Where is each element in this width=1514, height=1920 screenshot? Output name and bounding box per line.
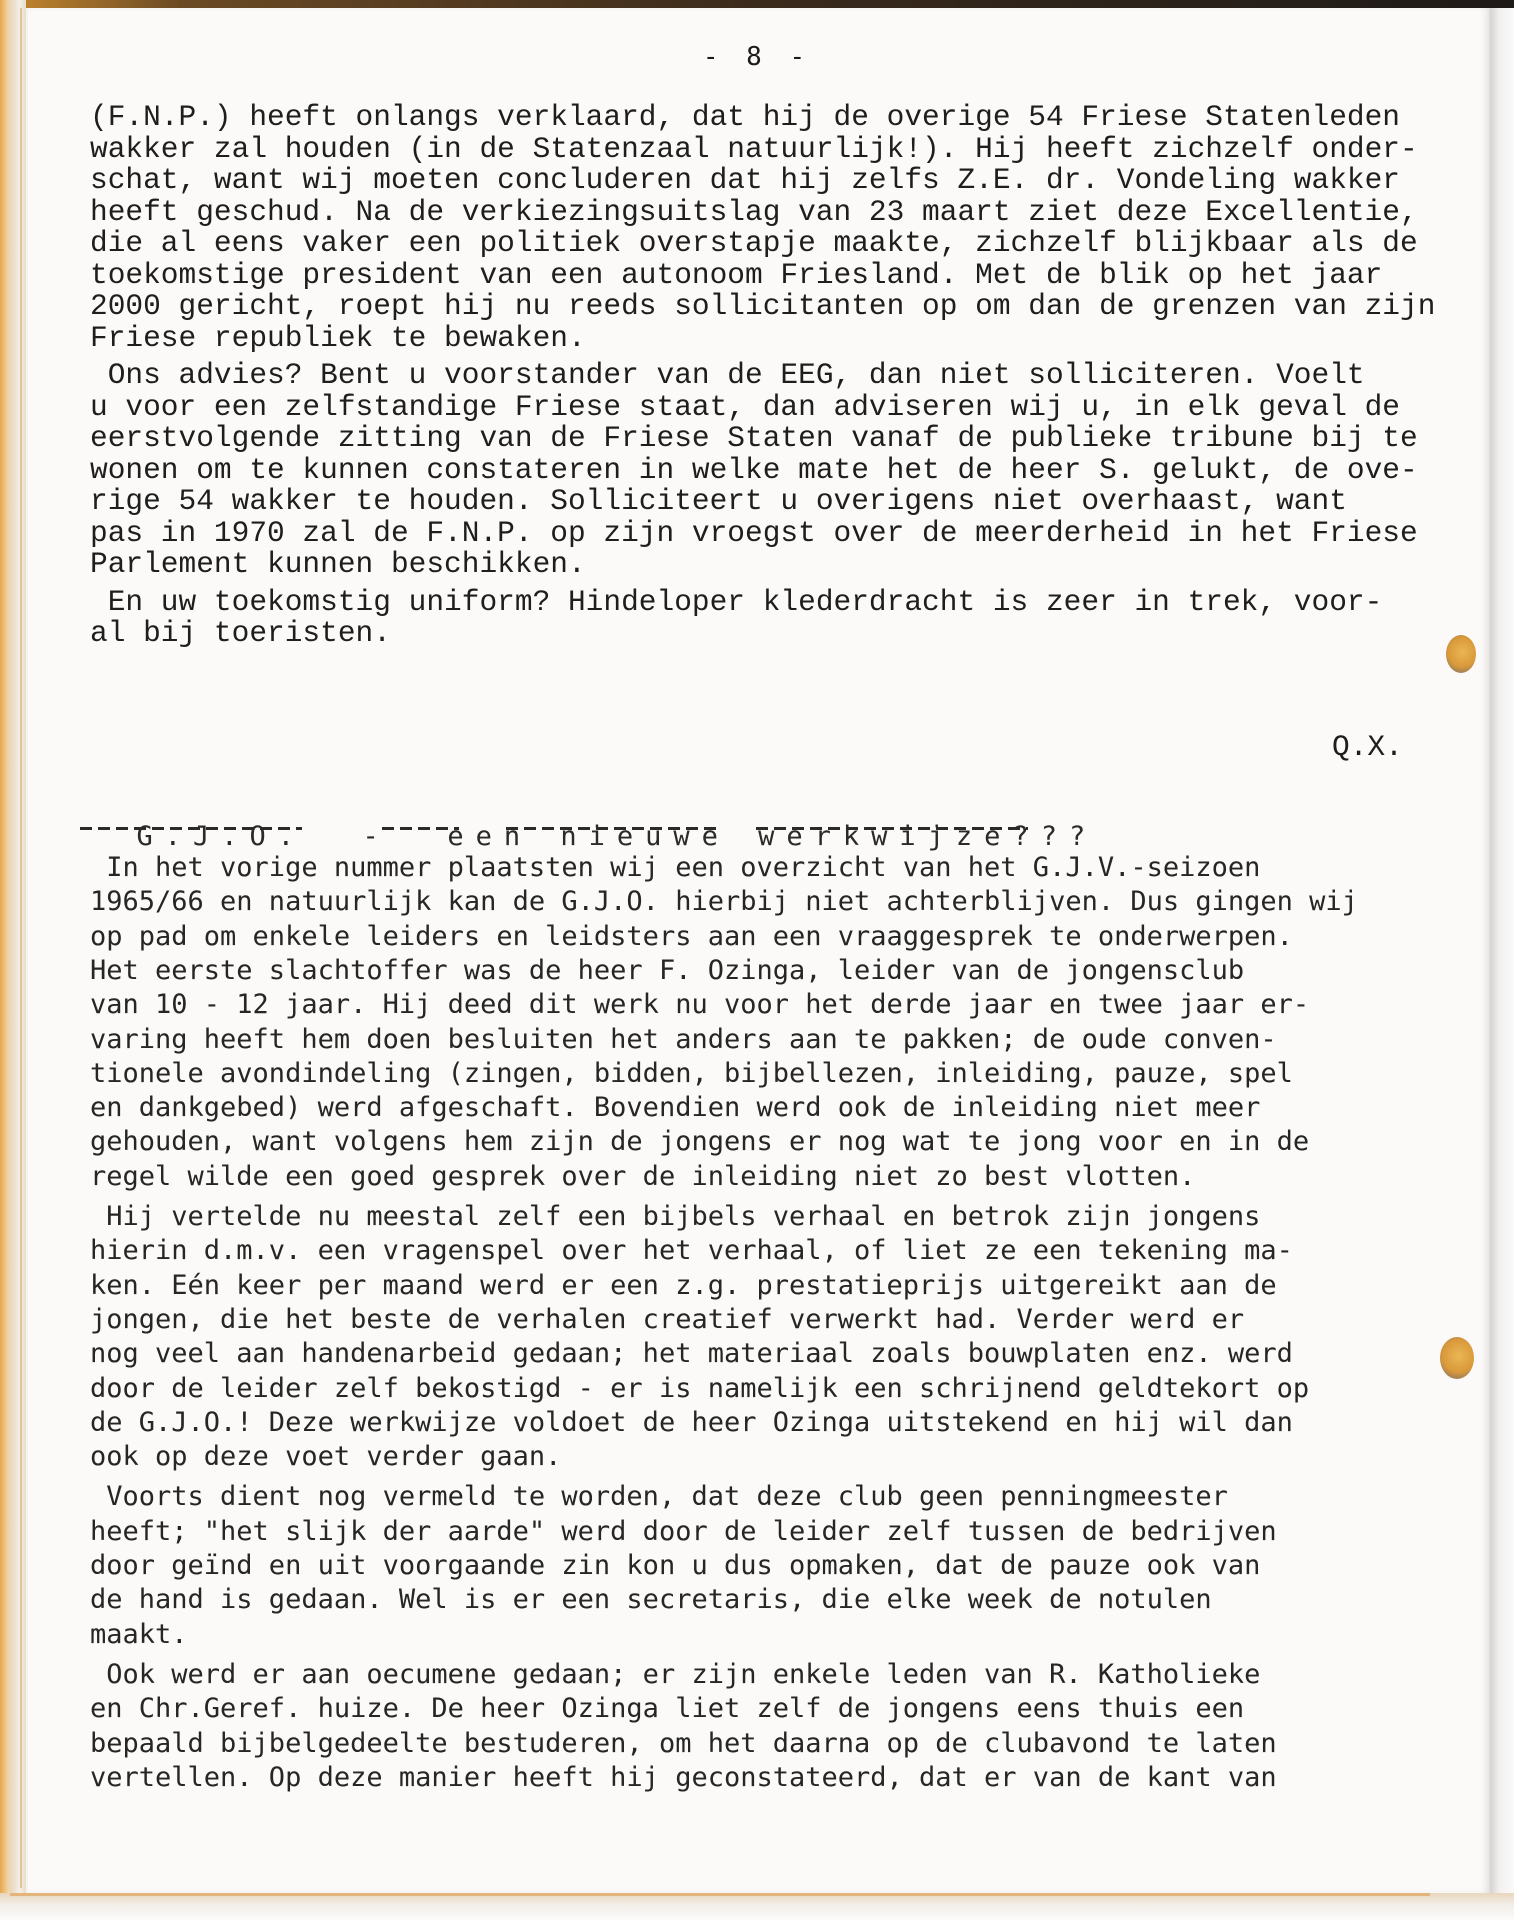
text-line: de G.J.O.! Deze werkwijze voldoet de hee… xyxy=(90,1407,1293,1438)
text-line: Voorts dient nog vermeld te worden, dat … xyxy=(90,1481,1228,1512)
text-line: 1965/66 en natuurlijk kan de G.J.O. hier… xyxy=(90,886,1358,917)
text-line: varing heeft hem doen besluiten het ande… xyxy=(90,1024,1277,1055)
text-line: ook op deze voet verder gaan. xyxy=(90,1441,561,1472)
text-line: Hij vertelde nu meestal zelf een bijbels… xyxy=(90,1201,1260,1232)
article-title: G.J.O. - een nieuwe werkwijze??? xyxy=(80,790,1097,852)
text-line: Friese republiek te bewaken. xyxy=(90,321,586,355)
text-line: u voor een zelfstandige Friese staat, da… xyxy=(90,390,1400,424)
text-line: die al eens vaker een politiek overstapj… xyxy=(90,226,1418,260)
text-line: en Chr.Geref. huize. De heer Ozinga liet… xyxy=(90,1693,1244,1724)
text-line: rige 54 wakker te houden. Solliciteert u… xyxy=(90,484,1347,518)
page-stack-line xyxy=(20,8,22,1888)
text-line: door geïnd en uit voorgaande zin kon u d… xyxy=(90,1550,1260,1581)
text-line: vertellen. Op deze manier heeft hij geco… xyxy=(90,1762,1277,1793)
text-line: In het vorige nummer plaatsten wij een o… xyxy=(90,852,1260,883)
text-line: nog veel aan handenarbeid gedaan; het ma… xyxy=(90,1338,1293,1369)
scan-left-edge xyxy=(0,0,26,1920)
text-line: En uw toekomstig uniform? Hindeloper kle… xyxy=(90,585,1382,619)
title-underline xyxy=(506,827,718,830)
text-line: tionele avondindeling (zingen, bidden, b… xyxy=(90,1058,1293,1089)
scan-right-edge xyxy=(1490,8,1514,1913)
text-line: de hand is gedaan. Wel is er een secreta… xyxy=(90,1584,1212,1615)
text-line: regel wilde een goed gesprek over de inl… xyxy=(90,1161,1195,1192)
text-line: (F.N.P.) heeft onlangs verklaard, dat hi… xyxy=(90,100,1400,134)
article-signature: Q.X. xyxy=(1332,730,1403,764)
text-line: bepaald bijbelgedeelte bestuderen, om he… xyxy=(90,1728,1277,1759)
text-line: Parlement kunnen beschikken. xyxy=(90,547,586,581)
staple-hole-icon xyxy=(1446,635,1476,673)
title-underline xyxy=(80,827,302,830)
text-line: gehouden, want volgens hem zijn de jonge… xyxy=(90,1126,1309,1157)
text-line: door de leider zelf bekostigd - er is na… xyxy=(90,1373,1309,1404)
text-line: maakt. xyxy=(90,1619,188,1650)
text-line: toekomstige president van een autonoom F… xyxy=(90,258,1382,292)
title-underline xyxy=(382,827,459,830)
text-line: jongen, die het beste de verhalen creati… xyxy=(90,1304,1244,1335)
text-line: pas in 1970 zal de F.N.P. op zijn vroegs… xyxy=(90,516,1418,550)
title-underline xyxy=(756,827,1028,830)
text-line: van 10 - 12 jaar. Hij deed dit werk nu v… xyxy=(90,989,1309,1020)
text-line: heeft geschud. Na de verkiezingsuitslag … xyxy=(90,195,1418,229)
text-line: hierin d.m.v. een vragenspel over het ve… xyxy=(90,1235,1293,1266)
scan-top-edge xyxy=(0,0,1514,8)
article-title-text: G.J.O. - een nieuwe werkwijze??? xyxy=(137,821,1098,852)
text-line: Ook werd er aan oecumene gedaan; er zijn… xyxy=(90,1659,1260,1690)
text-line: eerstvolgende zitting van de Friese Stat… xyxy=(90,421,1418,455)
page-stack-bottom-line xyxy=(10,1893,1430,1896)
text-line: Het eerste slachtoffer was de heer F. Oz… xyxy=(90,955,1244,986)
staple-hole-icon xyxy=(1440,1337,1474,1379)
text-line: wonen om te kunnen constateren in welke … xyxy=(90,453,1418,487)
text-line: Ons advies? Bent u voorstander van de EE… xyxy=(90,358,1365,392)
scan-bottom-edge xyxy=(0,1893,1514,1920)
text-line: 2000 gericht, roept hij nu reeds sollici… xyxy=(90,289,1435,323)
text-line: heeft; "het slijk der aarde" werd door d… xyxy=(90,1516,1277,1547)
text-line: schat, want wij moeten concluderen dat h… xyxy=(90,163,1400,197)
text-line: en dankgebed) werd afgeschaft. Bovendien… xyxy=(90,1092,1260,1123)
text-line: ken. Eén keer per maand werd er een z.g.… xyxy=(90,1270,1277,1301)
text-line: wakker zal houden (in de Statenzaal natu… xyxy=(90,132,1418,166)
text-line: al bij toeristen. xyxy=(90,616,391,650)
text-line: op pad om enkele leiders en leidsters aa… xyxy=(90,921,1293,952)
page-number: - 8 - xyxy=(0,42,1514,72)
